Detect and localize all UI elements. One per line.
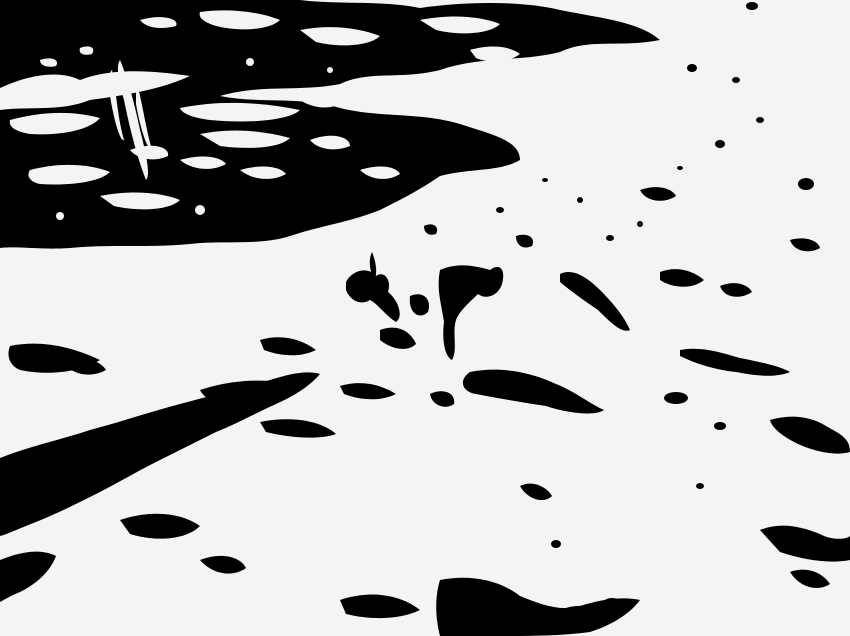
dalmatian-illusion-image [0, 0, 850, 636]
image-canvas [0, 0, 850, 636]
